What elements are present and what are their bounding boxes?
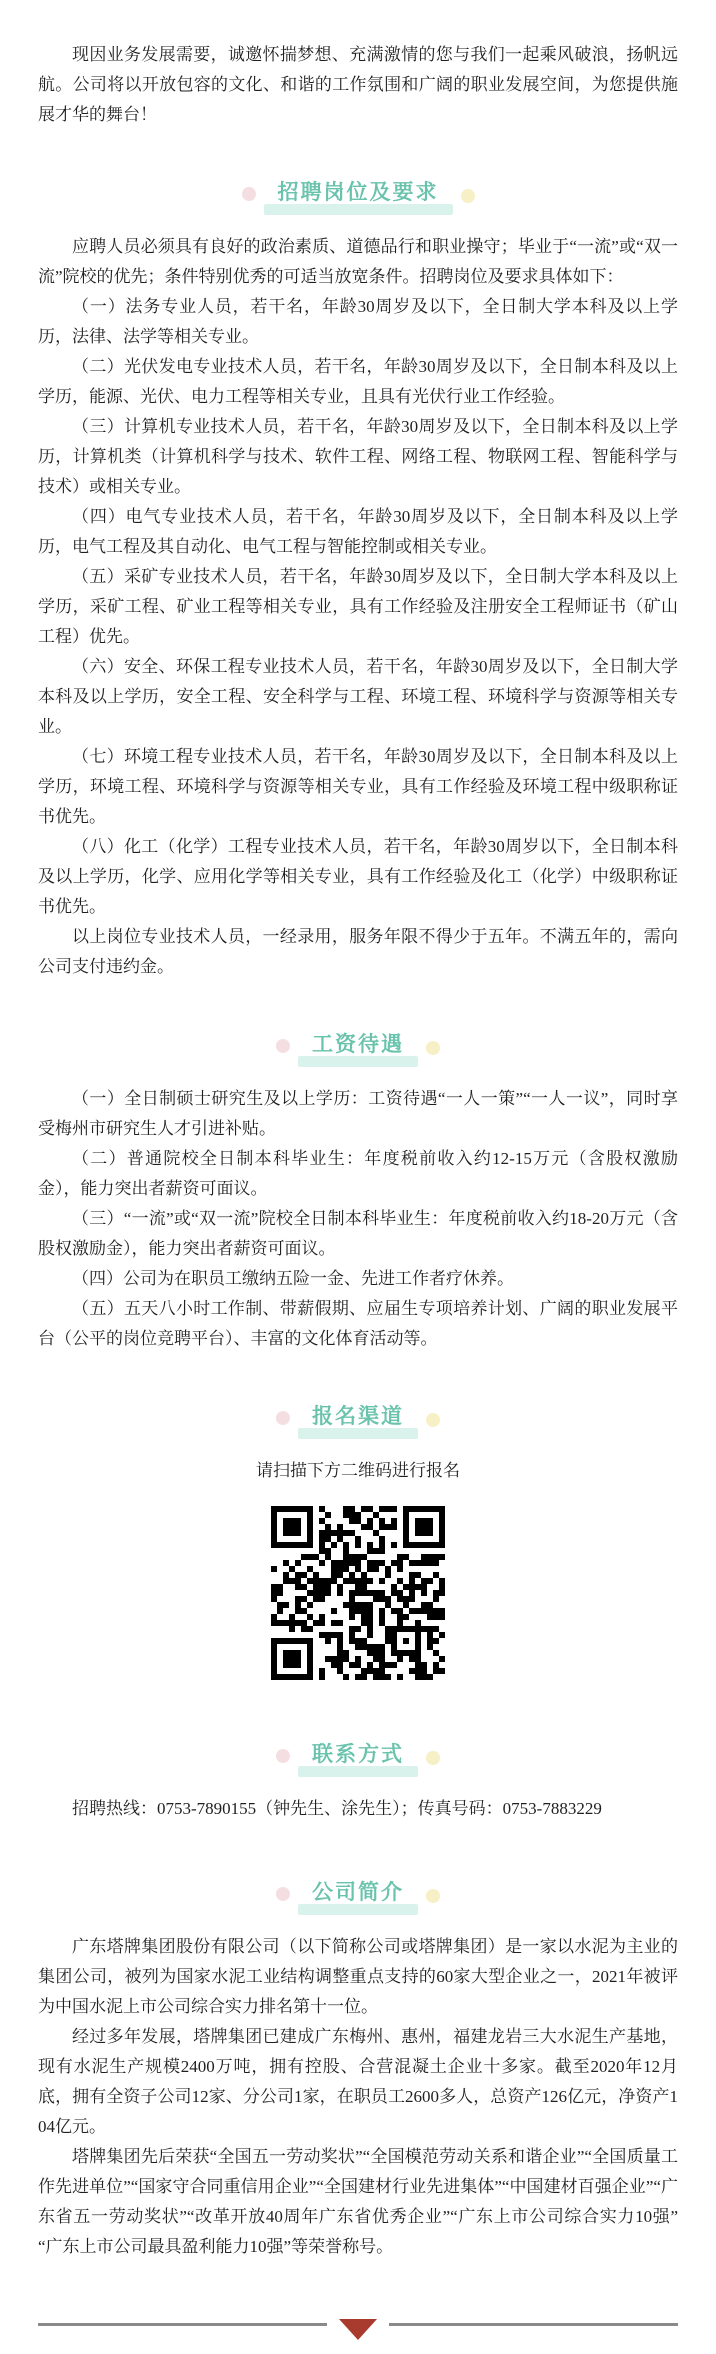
salary-item-2: （二）普通院校全日制本科毕业生：年度税前收入约12-15万元（含股权激励金），能… <box>38 1144 678 1204</box>
salary-item-4: （四）公司为在职员工缴纳五险一金、先进工作者疗休养。 <box>38 1264 678 1294</box>
section-title-company: 公司简介 <box>312 1881 404 1904</box>
recruit-position-8: （八）化工（化学）工程专业技术人员，若干名，年龄30周岁以下，全日制本科及以上学… <box>38 832 678 922</box>
yellow-dot-icon <box>461 189 475 203</box>
triangle-down-icon <box>339 2319 377 2340</box>
qr-code[interactable] <box>270 1504 446 1682</box>
section-header-company: 公司简介 <box>38 1876 678 1906</box>
pink-dot-icon <box>276 1887 290 1901</box>
yellow-dot-icon <box>426 1041 440 1055</box>
title-underline <box>298 1904 418 1915</box>
qr-caption: 请扫描下方二维码进行报名 <box>38 1456 678 1486</box>
intro-paragraph: 现因业务发展需要，诚邀怀揣梦想、充满激情的您与我们一起乘风破浪，扬帆远航。公司将… <box>38 40 678 130</box>
salary-item-3: （三）“一流”或“双一流”院校全日制本科毕业生：年度税前收入约18-20万元（含… <box>38 1204 678 1264</box>
company-paragraph-2: 经过多年发展，塔牌集团已建成广东梅州、惠州，福建龙岩三大水泥生产基地，现有水泥生… <box>38 2022 678 2142</box>
recruit-position-4: （四）电气专业技术人员，若干名，年龄30周岁及以下，全日制本科及以上学历，电气工… <box>38 502 678 562</box>
yellow-dot-icon <box>426 1413 440 1427</box>
title-underline <box>298 1056 418 1067</box>
title-underline <box>298 1428 418 1439</box>
contact-hotline: 招聘热线：0753-7890155（钟先生、涂先生）；传真号码：0753-788… <box>38 1794 678 1824</box>
recruit-position-2: （二）光伏发电专业技术人员，若干名，年龄30周岁及以下，全日制本科及以上学历，能… <box>38 352 678 412</box>
title-underline <box>264 204 453 215</box>
yellow-dot-icon <box>426 1889 440 1903</box>
recruit-service-note: 以上岗位专业技术人员，一经录用，服务年限不得少于五年。不满五年的，需向公司支付违… <box>38 922 678 982</box>
title-underline <box>298 1766 418 1777</box>
section-title-signup: 报名渠道 <box>312 1405 404 1428</box>
section-header-signup: 报名渠道 <box>38 1400 678 1430</box>
section-header-recruit: 招聘岗位及要求 <box>38 176 678 206</box>
company-paragraph-3: 塔牌集团先后荣获“全国五一劳动奖状”“全国模范劳动关系和谐企业”“全国质量工作先… <box>38 2142 678 2262</box>
section-title-contact: 联系方式 <box>312 1743 404 1766</box>
recruit-position-6: （六）安全、环保工程专业技术人员，若干名，年龄30周岁及以下，全日制大学本科及以… <box>38 652 678 742</box>
company-paragraph-1: 广东塔牌集团股份有限公司（以下简称公司或塔牌集团）是一家以水泥为主业的集团公司，… <box>38 1932 678 2022</box>
recruit-position-1: （一）法务专业人员，若干名，年龄30周岁及以下，全日制大学本科及以上学历，法律、… <box>38 292 678 352</box>
section-header-contact: 联系方式 <box>38 1738 678 1768</box>
footer-divider <box>38 2312 678 2336</box>
pink-dot-icon <box>276 1039 290 1053</box>
salary-item-1: （一）全日制硕士研究生及以上学历：工资待遇“一人一策”“一人一议”，同时享受梅州… <box>38 1084 678 1144</box>
article-page: 现因业务发展需要，诚邀怀揣梦想、充满激情的您与我们一起乘风破浪，扬帆远航。公司将… <box>0 0 716 2354</box>
section-header-salary: 工资待遇 <box>38 1028 678 1058</box>
pink-dot-icon <box>276 1411 290 1425</box>
divider-line-left <box>38 2323 327 2326</box>
pink-dot-icon <box>242 187 256 201</box>
section-title-salary: 工资待遇 <box>312 1033 404 1056</box>
recruit-paragraph: 应聘人员必须具有良好的政治素质、道德品行和职业操守；毕业于“一流”或“双一流”院… <box>38 232 678 292</box>
salary-item-5: （五）五天八小时工作制、带薪假期、应届生专项培养计划、广阔的职业发展平台（公平的… <box>38 1294 678 1354</box>
pink-dot-icon <box>276 1749 290 1763</box>
recruit-position-3: （三）计算机专业技术人员，若干名，年龄30周岁及以下，全日制本科及以上学历，计算… <box>38 412 678 502</box>
section-title-recruit: 招聘岗位及要求 <box>278 181 439 204</box>
recruit-position-5: （五）采矿专业技术人员，若干名，年龄30周岁及以下，全日制大学本科及以上学历，采… <box>38 562 678 652</box>
divider-line-right <box>389 2323 678 2326</box>
yellow-dot-icon <box>426 1751 440 1765</box>
recruit-position-7: （七）环境工程专业技术人员，若干名，年龄30周岁及以下，全日制本科及以上学历，环… <box>38 742 678 832</box>
